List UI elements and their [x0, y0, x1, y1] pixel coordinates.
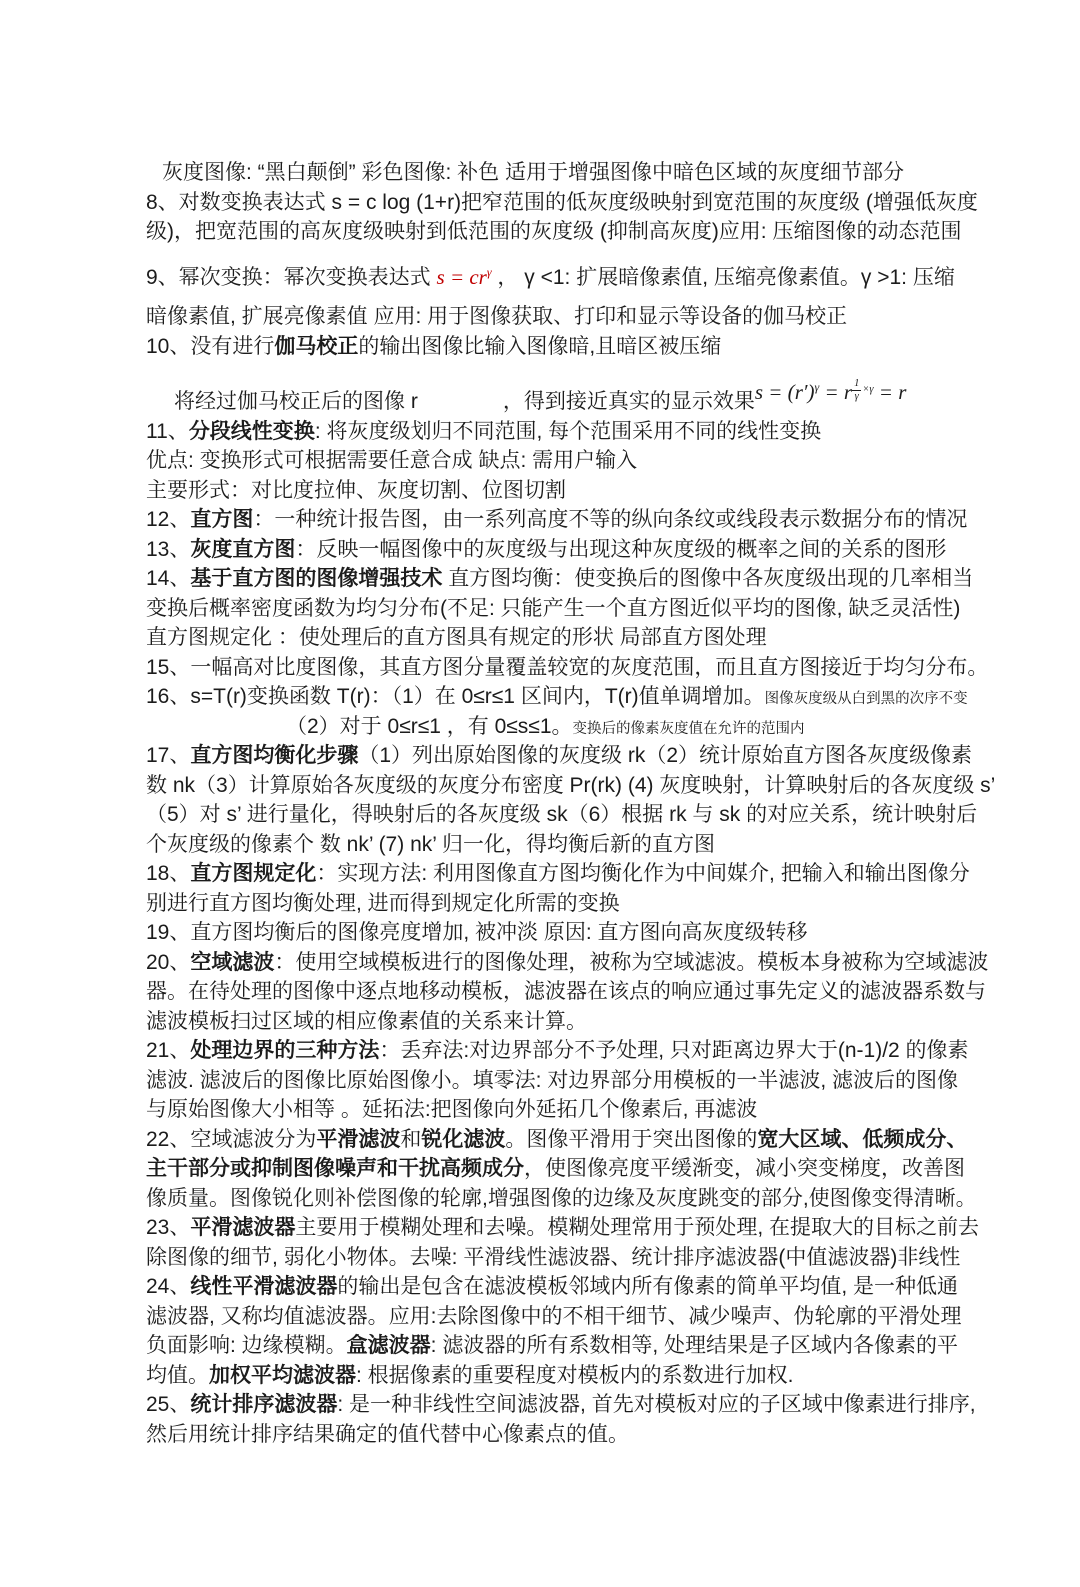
doc-line-17: （2）对于 0≤r≤1 ，有 0≤s≤1。变换后的像素灰度值在允许的范围内	[146, 712, 956, 742]
text-run: : 滤波器的所有系数相等, 处理结果是子区域内各像素的平	[431, 1334, 958, 1357]
text-run: : 是一种非线性空间滤波器, 首先对模板对应的子区域中像素进行排序,	[337, 1393, 975, 1416]
text-run: 暗像素值, 扩展亮像素值 应用: 用于图像获取、打印和显示等设备的伽马校正	[146, 305, 847, 328]
text-run: 主要形式：对比度拉伸、灰度切割、位图切割	[146, 479, 566, 502]
doc-line-34: 23、平滑滤波器主要用于模糊处理和去噪。模糊处理常用于预处理, 在提取大的目标之…	[146, 1213, 956, 1243]
text-run: 主要用于模糊处理和去噪。模糊处理常用于预处理, 在提取大的目标之前去	[295, 1216, 979, 1239]
doc-line-33: 像质量。图像锐化则补偿图像的轮廓,增强图像的边缘及灰度跳变的部分,使图像变得清晰…	[146, 1184, 956, 1214]
text-run: 别进行直方图均衡处理, 进而得到规定化所需的变换	[146, 892, 620, 915]
text-run: ，得到接近真实的显示效果	[503, 390, 755, 413]
text-run: 12、	[146, 508, 190, 531]
doc-line-3: 9、幂次变换：幂次变换表达式 s = crγ ， γ <1: 扩展暗像素值, 压…	[146, 263, 956, 293]
text-run: : 将灰度级划归不同范围, 每个范围采用不同的线性变换	[315, 420, 821, 443]
text-run: 9、幂次变换：幂次变换表达式	[146, 266, 437, 289]
doc-line-25: 20、空域滤波：使用空域模板进行的图像处理，被称为空域滤波。模板本身被称为空域滤…	[146, 948, 956, 978]
text-run: 像质量。图像锐化则补偿图像的轮廓,增强图像的边缘及灰度跳变的部分,使图像变得清晰…	[146, 1187, 977, 1210]
doc-line-39: 均值。加权平均滤波器: 根据像素的重要程度对模板内的系数进行加权.	[146, 1361, 956, 1391]
doc-line-35: 除图像的细节, 弱化小物体。去噪: 平滑线性滤波器、统计排序滤波器(中值滤波器)…	[146, 1243, 956, 1273]
text-run: （5）对 s’ 进行量化，得映射后的各灰度级 sk（6）根据 rk 与 sk 的…	[146, 803, 977, 826]
text-run: 处理边界的三种方法	[190, 1039, 379, 1062]
text-run: 直方图均衡化步骤	[190, 744, 358, 767]
text-run: 直方图均衡：使变换后的图像中各灰度级出现的几率相当	[442, 567, 973, 590]
text-run: 锐化滤波	[421, 1128, 505, 1151]
text-run: 盒滤波器	[347, 1334, 431, 1357]
text-run: ：反映一幅图像中的灰度级与出现这种灰度级的概率之间的关系的图形	[295, 538, 946, 561]
doc-line-38: 负面影响: 边缘模糊。盒滤波器: 滤波器的所有系数相等, 处理结果是子区域内各像…	[146, 1331, 956, 1361]
text-run: ，使图像亮度平缓渐变，减小突变梯度，改善图	[524, 1157, 965, 1180]
text-run: 伽马校正	[274, 335, 358, 358]
doc-line-4: 暗像素值, 扩展亮像素值 应用: 用于图像获取、打印和显示等设备的伽马校正	[146, 302, 956, 332]
doc-line-14: 直方图规定化 ：使处理后的直方图具有规定的形状 局部直方图处理	[146, 623, 956, 653]
formula: = (	[763, 380, 795, 404]
doc-line-27: 滤波模板扫过区域的相应像素值的关系来计算。	[146, 1007, 956, 1037]
text-run: 直方图规定化 ：使处理后的直方图具有规定的形状 局部直方图处理	[146, 626, 767, 649]
doc-line-36: 24、线性平滑滤波器的输出是包含在滤波模板邻域内所有像素的简单平均值, 是一种低…	[146, 1272, 956, 1302]
doc-line-32: 主干部分或抑制图像噪声和干扰高频成分，使图像亮度平缓渐变，减小突变梯度，改善图	[146, 1154, 956, 1184]
formula: =	[874, 380, 899, 404]
text-run: 与原始图像大小相等 。延拓法:把图像向外延拓几个像素后, 再滤波	[146, 1098, 757, 1121]
page: { "page": { "width": 1080, "height": 158…	[0, 0, 1080, 1587]
text-run: 20、	[146, 951, 190, 974]
text-run: 22、空域滤波分为	[146, 1128, 316, 1151]
doc-line-21: 个灰度级的像素个 数 nk’ (7) nk’ 归一化，得均衡后新的直方图	[146, 830, 956, 860]
text-run: 宽大区域、低频成分、	[757, 1128, 967, 1151]
text-run: 24、	[146, 1275, 190, 1298]
doc-line-28: 21、处理边界的三种方法：丢弃法:对边界部分不予处理, 只对距离边界大于(n-1…	[146, 1036, 956, 1066]
doc-line-19: 数 nk（3）计算原始各灰度级的灰度分布密度 Pr(rk) (4) 灰度映射，计…	[146, 771, 956, 801]
text-run: 10、没有进行	[146, 335, 274, 358]
text-run: 18、	[146, 862, 190, 885]
text-run: 基于直方图的图像增强技术	[190, 567, 442, 590]
text-run: 线性平滑滤波器	[190, 1275, 337, 1298]
doc-line-16: 16、s=T(r)变换函数 T(r)：（1）在 0≤r≤1 区间内，T(r)值单…	[146, 682, 956, 712]
doc-line-22: 18、直方图规定化：实现方法: 利用图像直方图均衡化作为中间媒介, 把输入和输出…	[146, 859, 956, 889]
document-page: 灰度图像: “黑白颠倒” 彩色图像: 补色 适用于增强图像中暗色区域的灰度细节部…	[146, 158, 956, 1449]
text-run: 21、	[146, 1039, 190, 1062]
text-run: 级)，把宽范围的高灰度级映射到低范围的灰度级 (抑制高灰度)应用: 压缩图像的动…	[146, 220, 961, 243]
text-run: （1）列出原始图像的灰度级 rk（2）统计原始直方图各灰度级像素	[358, 744, 972, 767]
text-run: 数 nk（3）计算原始各灰度级的灰度分布密度 Pr(rk) (4) 灰度映射，计…	[146, 774, 995, 797]
text-run: 灰度图像: “黑白颠倒” 彩色图像: 补色 适用于增强图像中暗色区域的灰度细节部…	[162, 161, 904, 184]
text-run: ：实现方法: 利用图像直方图均衡化作为中间媒介, 把输入和输出图像分	[316, 862, 969, 885]
text-run: 11、	[146, 420, 189, 443]
text-run: 19、直方图均衡后的图像亮度增加, 被冲淡 原因: 直方图向高灰度级转移	[146, 921, 808, 944]
text-run: 平滑滤波	[316, 1128, 400, 1151]
doc-line-1: 8、对数变换表达式 s = c log (1+r)把窄范围的低灰度级映射到宽范围…	[146, 188, 956, 218]
text-run: 13、	[146, 538, 190, 561]
formula: r′	[795, 380, 808, 404]
text-run: 15、一幅高对比度图像，其直方图分量覆盖较宽的灰度范围，而且直方图接近于均匀分布…	[146, 656, 988, 679]
text-run: （2）对于 0≤r≤1 ，有 0≤s≤1。	[286, 715, 573, 738]
text-run: 除图像的细节, 弱化小物体。去噪: 平滑线性滤波器、统计排序滤波器(中值滤波器)…	[146, 1246, 960, 1269]
text-run: : 根据像素的重要程度对模板内的系数进行加权.	[356, 1364, 794, 1387]
text-run: 23、	[146, 1216, 190, 1239]
text-run: 均值。	[146, 1364, 209, 1387]
text-run: 负面影响: 边缘模糊。	[146, 1334, 347, 1357]
text-run: 14、	[146, 567, 190, 590]
formula-exponent: 1γ×γ	[852, 378, 873, 402]
text-run: 优点: 变换形式可根据需要任意合成 缺点: 需用户输入	[146, 449, 637, 472]
doc-line-20: （5）对 s’ 进行量化，得映射后的各灰度级 sk（6）根据 rk 与 sk 的…	[146, 800, 956, 830]
text-run: 直方图规定化	[190, 862, 316, 885]
text-run: 然后用统计排序结果确定的值代替中心像素点的值。	[146, 1423, 629, 1446]
doc-line-10: 12、直方图：一种统计报告图，由一系列高度不等的纵向条纹或线段表示数据分布的情况	[146, 505, 956, 535]
doc-line-23: 别进行直方图均衡处理, 进而得到规定化所需的变换	[146, 889, 956, 919]
text-run: 滤波器, 又称均值滤波器。应用:去除图像中的不相干细节、减少噪声、伪轮廓的平滑处…	[146, 1305, 962, 1328]
doc-line-41: 然后用统计排序结果确定的值代替中心像素点的值。	[146, 1420, 956, 1450]
text-run: ：使用空域模板进行的图像处理，被称为空域滤波。模板本身被称为空域滤波	[274, 951, 988, 974]
doc-line-26: 器。在待处理的图像中逐点地移动模板，滤波器在该点的响应通过事先定义的滤波器系数与	[146, 977, 956, 1007]
doc-line-13: 变换后概率密度函数为均匀分布(不足: 只能产生一个直方图近似平均的图像, 缺乏灵…	[146, 594, 956, 624]
text-run: 。图像平滑用于突出图像的	[505, 1128, 757, 1151]
doc-line-29: 滤波. 滤波后的图像比原始图像小。填零法: 对边界部分用模板的一半滤波, 滤波后…	[146, 1066, 956, 1096]
text-run: 个灰度级的像素个 数 nk’ (7) nk’ 归一化，得均衡后新的直方图	[146, 833, 715, 856]
doc-line-15: 15、一幅高对比度图像，其直方图分量覆盖较宽的灰度范围，而且直方图接近于均匀分布…	[146, 653, 956, 683]
text-run: 加权平均滤波器	[209, 1364, 356, 1387]
text-run: ：一种统计报告图，由一系列高度不等的纵向条纹或线段表示数据分布的情况	[253, 508, 967, 531]
text-run: 25、	[146, 1393, 190, 1416]
formula: r	[844, 380, 852, 404]
text-run: 的输出图像比输入图像暗,且暗区被压缩	[358, 335, 721, 358]
doc-line-0: 灰度图像: “黑白颠倒” 彩色图像: 补色 适用于增强图像中暗色区域的灰度细节部…	[146, 158, 956, 188]
text-run: 变换后的像素灰度值在允许的范围内	[573, 721, 805, 737]
text-run: 主干部分或抑制图像噪声和干扰高频成分	[146, 1157, 524, 1180]
doc-line-5: 10、没有进行伽马校正的输出图像比输入图像暗,且暗区被压缩	[146, 332, 956, 362]
doc-line-37: 滤波器, 又称均值滤波器。应用:去除图像中的不相干细节、减少噪声、伪轮廓的平滑处…	[146, 1302, 956, 1332]
text-run: 滤波. 滤波后的图像比原始图像小。填零法: 对边界部分用模板的一半滤波, 滤波后…	[146, 1069, 958, 1092]
text-run: 直方图	[190, 508, 253, 531]
text-run: 平滑滤波器	[190, 1216, 295, 1239]
doc-line-24: 19、直方图均衡后的图像亮度增加, 被冲淡 原因: 直方图向高灰度级转移	[146, 918, 956, 948]
doc-line-9: 主要形式：对比度拉伸、灰度切割、位图切割	[146, 476, 956, 506]
text-run: ：丢弃法:对边界部分不予处理, 只对距离边界大于(n-1)/2 的像素	[379, 1039, 968, 1062]
text-run: 将经过伽马校正后的图像 r	[174, 390, 418, 413]
text-run: 器。在待处理的图像中逐点地移动模板，滤波器在该点的响应通过事先定义的滤波器系数与	[146, 980, 986, 1003]
doc-line-6: 将经过伽马校正后的图像 r，得到接近真实的显示效果s = (r′)γ = r1γ…	[146, 387, 956, 417]
text-run: 灰度直方图	[190, 538, 295, 561]
doc-line-30: 与原始图像大小相等 。延拓法:把图像向外延拓几个像素后, 再滤波	[146, 1095, 956, 1125]
text-run: 统计排序滤波器	[190, 1393, 337, 1416]
text-run: 图像灰度级从白到黑的次序不变	[765, 691, 968, 707]
text-run: ， γ <1: 扩展暗像素值, 压缩亮像素值。γ >1: 压缩	[492, 266, 955, 289]
doc-line-31: 22、空域滤波分为平滑滤波和锐化滤波。图像平滑用于突出图像的宽大区域、低频成分、	[146, 1125, 956, 1155]
text-run: 滤波模板扫过区域的相应像素值的关系来计算。	[146, 1010, 587, 1033]
text-run: 空域滤波	[190, 951, 274, 974]
text-run: 和	[400, 1128, 421, 1151]
doc-line-2: 级)，把宽范围的高灰度级映射到低范围的灰度级 (抑制高灰度)应用: 压缩图像的动…	[146, 217, 956, 247]
text-run: 的输出是包含在滤波模板邻域内所有像素的简单平均值, 是一种低通	[337, 1275, 958, 1298]
doc-line-18: 17、直方图均衡化步骤（1）列出原始图像的灰度级 rk（2）统计原始直方图各灰度…	[146, 741, 956, 771]
doc-line-11: 13、灰度直方图：反映一幅图像中的灰度级与出现这种灰度级的概率之间的关系的图形	[146, 535, 956, 565]
formula: =	[819, 380, 844, 404]
formula-red: s = cr	[437, 265, 487, 289]
doc-line-40: 25、统计排序滤波器: 是一种非线性空间滤波器, 首先对模板对应的子区域中像素进…	[146, 1390, 956, 1420]
text-run: 17、	[146, 744, 190, 767]
formula: r	[898, 380, 906, 404]
doc-line-8: 优点: 变换形式可根据需要任意合成 缺点: 需用户输入	[146, 446, 956, 476]
text-run: 变换后概率密度函数为均匀分布(不足: 只能产生一个直方图近似平均的图像, 缺乏灵…	[146, 597, 960, 620]
doc-line-7: 11、分段线性变换: 将灰度级划归不同范围, 每个范围采用不同的线性变换	[146, 417, 956, 447]
formula: s	[755, 380, 763, 404]
text-run: 8、对数变换表达式 s = c log (1+r)把窄范围的低灰度级映射到宽范围…	[146, 191, 978, 214]
text-run: 16、s=T(r)变换函数 T(r)：（1）在 0≤r≤1 区间内，T(r)值单…	[146, 685, 765, 708]
text-run: 分段线性变换	[189, 420, 315, 443]
doc-line-12: 14、基于直方图的图像增强技术 直方图均衡：使变换后的图像中各灰度级出现的几率相…	[146, 564, 956, 594]
